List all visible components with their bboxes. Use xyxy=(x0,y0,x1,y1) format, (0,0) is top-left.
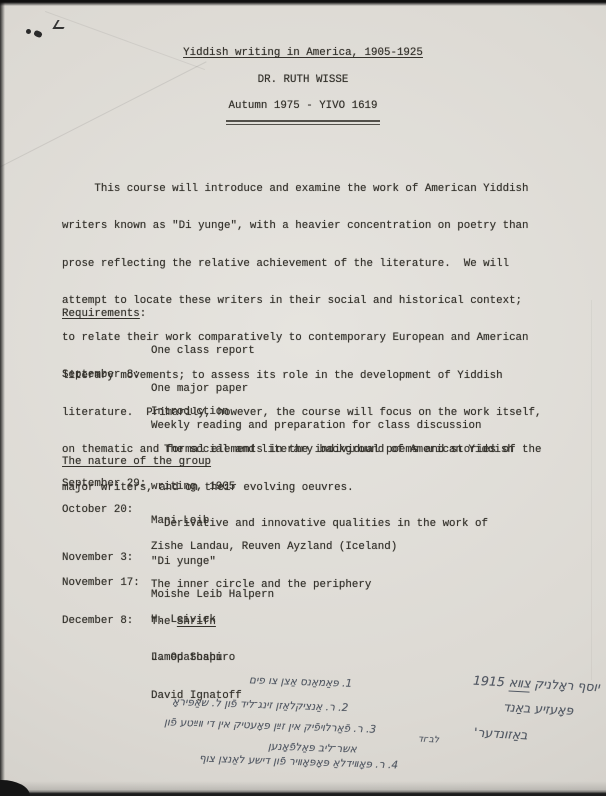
requirement-item: One class report xyxy=(151,345,606,357)
course-title: Yiddish writing in America, 1905-1925 xyxy=(183,47,423,59)
schedule-date: September 29: xyxy=(62,478,146,490)
staple-mark xyxy=(26,29,31,34)
handwritten-yiddish-note-line: באַזונדער' xyxy=(473,725,527,743)
scan-edge-bottom xyxy=(0,790,606,796)
handwritten-yiddish-list-item: אשר־ליב פּאַלפֿאָנען xyxy=(268,740,357,755)
handwritten-fragment: לב־וד xyxy=(418,734,439,745)
requirements-label-colon: : xyxy=(140,308,146,320)
instructor-name: DR. RUTH WISSE xyxy=(0,74,606,86)
schedule-topic-line: Introduction xyxy=(151,406,606,418)
paragraph-line: This course will introduce and examine t… xyxy=(62,183,541,195)
header-divider-rule xyxy=(226,120,380,125)
handwritten-text: 1915 xyxy=(473,673,510,690)
schedule-date: September 8: xyxy=(62,369,140,381)
term-and-course-number: Autumn 1975 - YIVO 1619 xyxy=(0,100,606,112)
schedule-date: November 17: xyxy=(62,577,140,589)
handwritten-yiddish-list-item: 4. ר. פּאָװידלאַ פּאָפּאָװיר פֿון דישע ל… xyxy=(199,753,398,772)
paragraph-line: writers known as "Di yunge", with a heav… xyxy=(62,220,541,232)
schedule-date: November 3: xyxy=(62,552,133,564)
scan-edge-top xyxy=(0,0,606,6)
schedule-date: December 8: xyxy=(62,615,133,627)
requirements-label: Requirements: xyxy=(62,308,146,320)
section-heading-row: The nature of the group xyxy=(62,456,211,468)
requirements-label-text: Requirements xyxy=(62,308,140,320)
schedule-date: October 20: xyxy=(62,504,133,516)
header-title-row: Yiddish writing in America, 1905-1925 xyxy=(0,47,606,59)
paper-crease xyxy=(45,11,205,70)
pen-scratch-mark xyxy=(52,20,68,29)
scanned-syllabus-page: Yiddish writing in America, 1905-1925 DR… xyxy=(0,0,606,796)
schedule-topic-line: Lamed Shapiro xyxy=(151,652,606,664)
schedule-topic-line: The social and literary background of Am… xyxy=(151,444,606,456)
paragraph-line: prose reflecting the relative achievemen… xyxy=(62,258,541,270)
staple-mark xyxy=(33,30,43,39)
handwritten-underlined-word: צװא xyxy=(508,675,531,693)
section-heading: The nature of the group xyxy=(62,456,211,468)
paragraph-line: attempt to locate these writers in their… xyxy=(62,295,541,307)
